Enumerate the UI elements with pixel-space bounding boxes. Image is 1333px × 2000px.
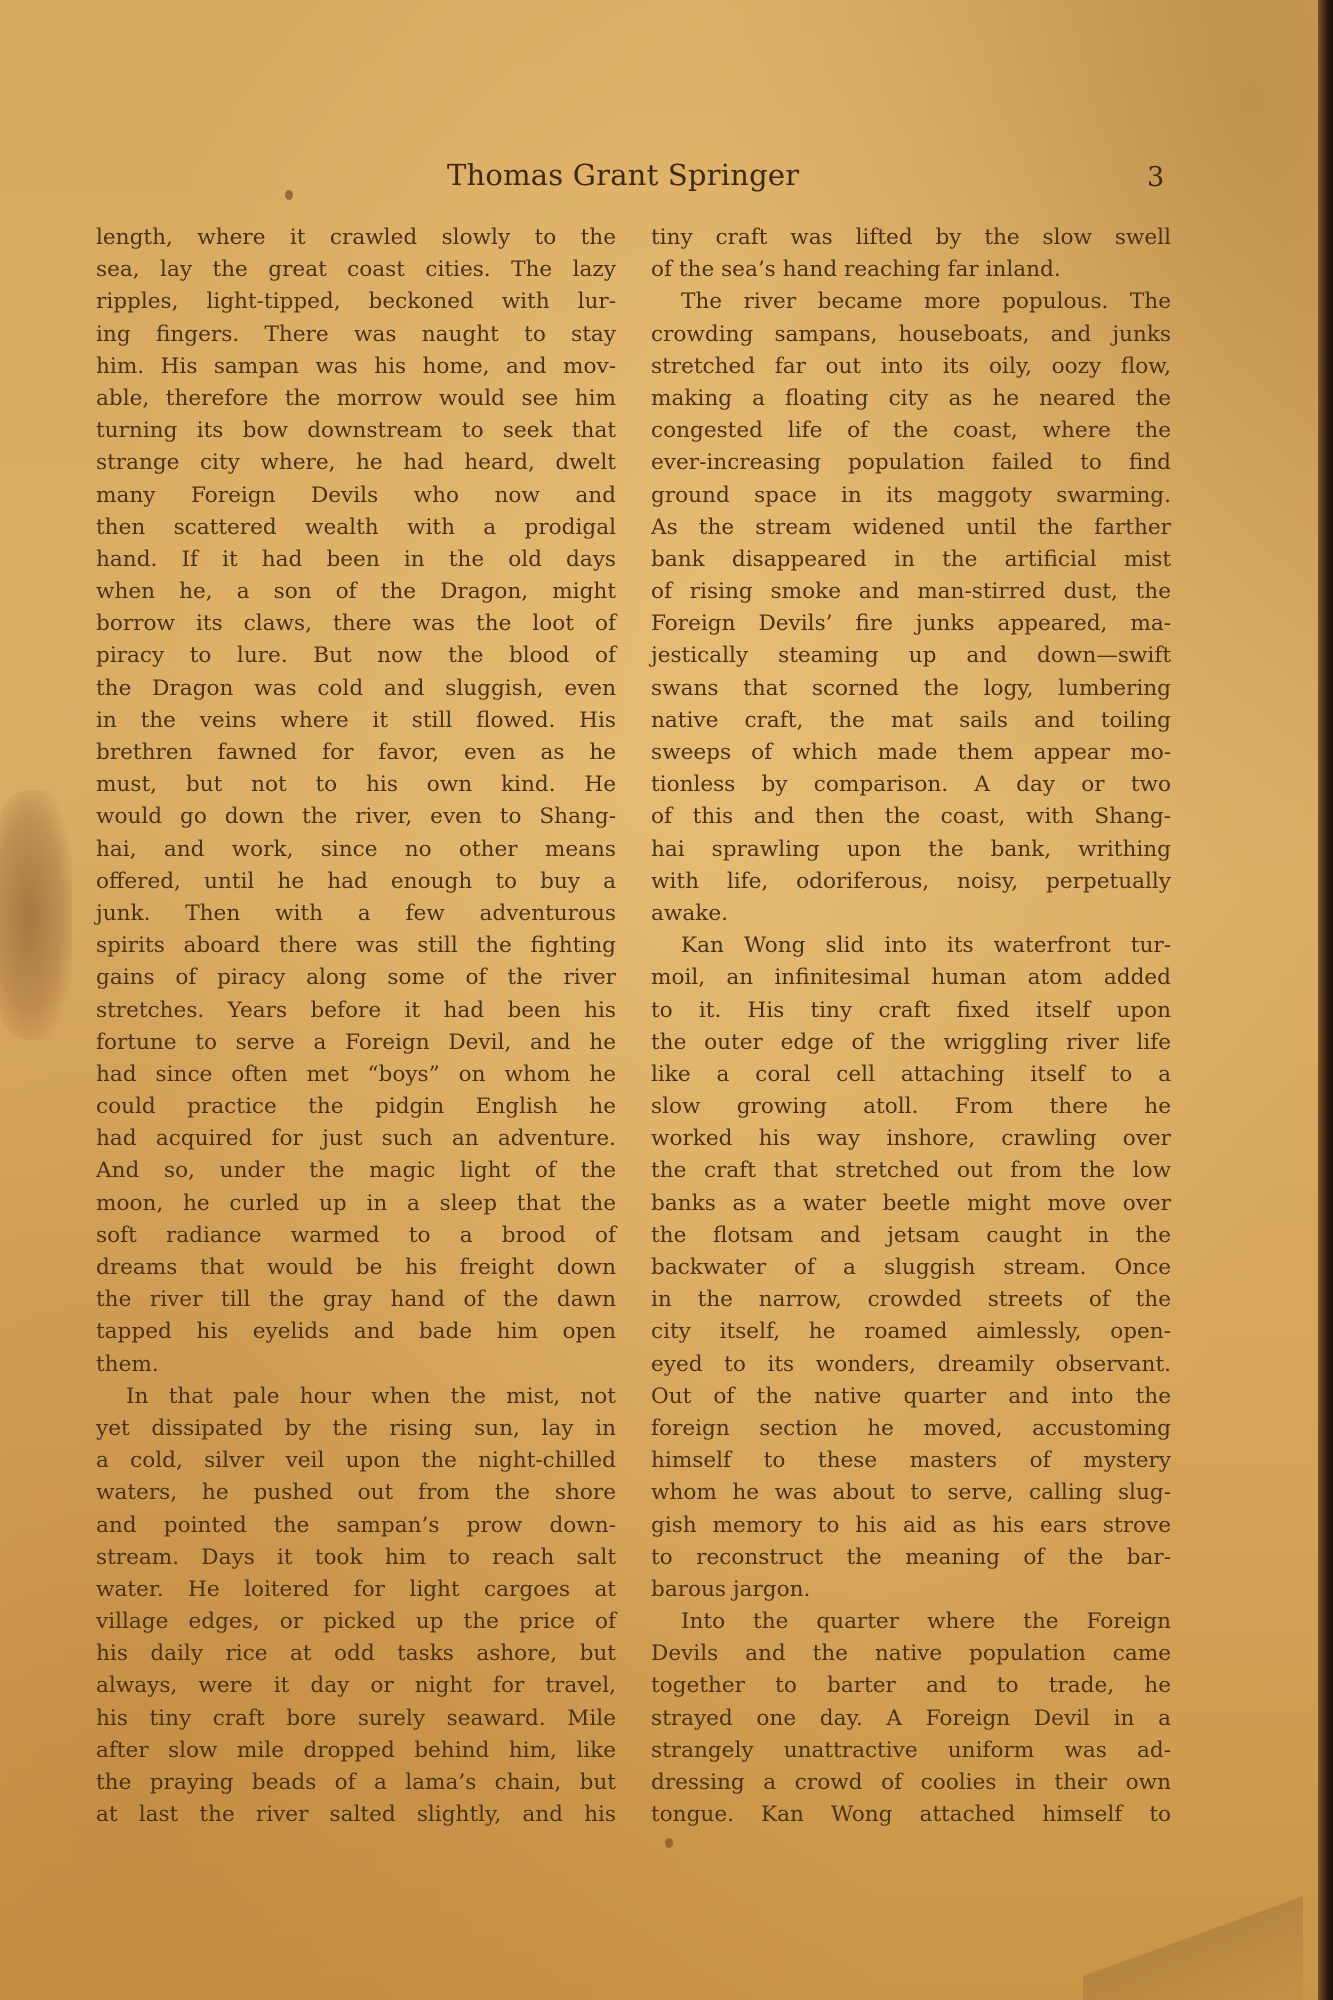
text-line: congested life of the coast, where the bbox=[651, 415, 1171, 447]
text-line: his tiny craft bore surely seaward. Mile bbox=[96, 1703, 616, 1735]
text-line: piracy to lure. But now the blood of bbox=[96, 640, 616, 672]
text-line: ripples, light-tipped, beckoned with lur… bbox=[96, 286, 616, 318]
text-line: crowding sampans, houseboats, and junks bbox=[651, 319, 1171, 351]
text-line: like a coral cell attaching itself to a bbox=[651, 1059, 1171, 1091]
text-line: worked his way inshore, crawling over bbox=[651, 1123, 1171, 1155]
text-line: And so, under the magic light of the bbox=[96, 1155, 616, 1187]
page-number: 3 bbox=[1147, 162, 1164, 193]
book-page: Thomas Grant Springer 3 length, where it… bbox=[0, 0, 1318, 2000]
text-line: offered, until he had enough to buy a bbox=[96, 866, 616, 898]
text-line: gish memory to his aid as his ears strov… bbox=[651, 1510, 1171, 1542]
text-line: The river became more populous. The bbox=[651, 286, 1171, 318]
text-line: tapped his eyelids and bade him open bbox=[96, 1316, 616, 1348]
text-line: stretched far out into its oily, oozy fl… bbox=[651, 351, 1171, 383]
text-line: had since often met “boys” on whom he bbox=[96, 1059, 616, 1091]
text-line: the praying beads of a lama’s chain, but bbox=[96, 1767, 616, 1799]
text-line: sweeps of which made them appear mo- bbox=[651, 737, 1171, 769]
text-line: them. bbox=[96, 1349, 616, 1381]
text-line: Into the quarter where the Foreign bbox=[651, 1606, 1171, 1638]
text-line: gains of piracy along some of the river bbox=[96, 962, 616, 994]
text-line: ever-increasing population failed to fin… bbox=[651, 447, 1171, 479]
text-line: the flotsam and jetsam caught in the bbox=[651, 1220, 1171, 1252]
page-fold-corner bbox=[1083, 1870, 1303, 2000]
text-line: many Foreign Devils who now and bbox=[96, 480, 616, 512]
text-line: after slow mile dropped behind him, like bbox=[96, 1735, 616, 1767]
text-line: strangely unattractive uniform was ad- bbox=[651, 1735, 1171, 1767]
text-line: a cold, silver veil upon the night-chill… bbox=[96, 1445, 616, 1477]
text-line: foreign section he moved, accustoming bbox=[651, 1413, 1171, 1445]
text-line: In that pale hour when the mist, not bbox=[96, 1381, 616, 1413]
text-line: the outer edge of the wriggling river li… bbox=[651, 1027, 1171, 1059]
text-line: tongue. Kan Wong attached himself to bbox=[651, 1799, 1171, 1831]
text-line: borrow its claws, there was the loot of bbox=[96, 608, 616, 640]
text-line: him. His sampan was his home, and mov- bbox=[96, 351, 616, 383]
text-line: whom he was about to serve, calling slug… bbox=[651, 1477, 1171, 1509]
text-line: fortune to serve a Foreign Devil, and he bbox=[96, 1027, 616, 1059]
text-line: Kan Wong slid into its waterfront tur- bbox=[651, 930, 1171, 962]
text-line: slow growing atoll. From there he bbox=[651, 1091, 1171, 1123]
text-line: ground space in its maggoty swarming. bbox=[651, 480, 1171, 512]
text-line: strayed one day. A Foreign Devil in a bbox=[651, 1703, 1171, 1735]
text-column-right: tiny craft was lifted by the slow swello… bbox=[651, 222, 1171, 1831]
text-line: banks as a water beetle might move over bbox=[651, 1188, 1171, 1220]
text-line: city itself, he roamed aimlessly, open- bbox=[651, 1316, 1171, 1348]
text-line: Out of the native quarter and into the bbox=[651, 1381, 1171, 1413]
text-line: backwater of a sluggish stream. Once bbox=[651, 1252, 1171, 1284]
text-line: moon, he curled up in a sleep that the bbox=[96, 1188, 616, 1220]
text-line: would go down the river, even to Shang- bbox=[96, 801, 616, 833]
text-line: of the sea’s hand reaching far inland. bbox=[651, 254, 1171, 286]
text-line: able, therefore the morrow would see him bbox=[96, 383, 616, 415]
text-line: As the stream widened until the farther bbox=[651, 512, 1171, 544]
text-line: and pointed the sampan’s prow down- bbox=[96, 1510, 616, 1542]
running-head: Thomas Grant Springer bbox=[447, 158, 799, 192]
text-line: jestically steaming up and down—swift bbox=[651, 640, 1171, 672]
text-line: the river till the gray hand of the dawn bbox=[96, 1284, 616, 1316]
text-line: yet dissipated by the rising sun, lay in bbox=[96, 1413, 616, 1445]
text-line: brethren fawned for favor, even as he bbox=[96, 737, 616, 769]
text-line: himself to these masters of mystery bbox=[651, 1445, 1171, 1477]
text-line: moil, an infinitesimal human atom added bbox=[651, 962, 1171, 994]
text-line: hand. If it had been in the old days bbox=[96, 544, 616, 576]
text-line: water. He loitered for light cargoes at bbox=[96, 1574, 616, 1606]
text-line: dressing a crowd of coolies in their own bbox=[651, 1767, 1171, 1799]
text-line: then scattered wealth with a prodigal bbox=[96, 512, 616, 544]
text-line: the Dragon was cold and sluggish, even bbox=[96, 673, 616, 705]
text-line: barous jargon. bbox=[651, 1574, 1171, 1606]
text-line: Devils and the native population came bbox=[651, 1638, 1171, 1670]
text-line: of this and then the coast, with Shang- bbox=[651, 801, 1171, 833]
page-stain bbox=[0, 790, 72, 1040]
text-line: Foreign Devils’ fire junks appeared, ma- bbox=[651, 608, 1171, 640]
text-line: the craft that stretched out from the lo… bbox=[651, 1155, 1171, 1187]
text-line: soft radiance warmed to a brood of bbox=[96, 1220, 616, 1252]
ink-speck bbox=[665, 1838, 673, 1848]
text-line: awake. bbox=[651, 898, 1171, 930]
text-line: of rising smoke and man-stirred dust, th… bbox=[651, 576, 1171, 608]
page-header: Thomas Grant Springer 3 bbox=[0, 158, 1318, 198]
text-line: strange city where, he had heard, dwelt bbox=[96, 447, 616, 479]
text-line: tionless by comparison. A day or two bbox=[651, 769, 1171, 801]
text-line: native craft, the mat sails and toiling bbox=[651, 705, 1171, 737]
text-line: at last the river salted slightly, and h… bbox=[96, 1799, 616, 1831]
text-line: tiny craft was lifted by the slow swell bbox=[651, 222, 1171, 254]
text-line: in the veins where it still flowed. His bbox=[96, 705, 616, 737]
text-line: hai sprawling upon the bank, writhing bbox=[651, 834, 1171, 866]
text-line: stream. Days it took him to reach salt bbox=[96, 1542, 616, 1574]
text-line: ing fingers. There was naught to stay bbox=[96, 319, 616, 351]
text-line: eyed to its wonders, dreamily observant. bbox=[651, 1349, 1171, 1381]
text-line: length, where it crawled slowly to the bbox=[96, 222, 616, 254]
text-line: stretches. Years before it had been his bbox=[96, 995, 616, 1027]
text-line: hai, and work, since no other means bbox=[96, 834, 616, 866]
text-line: spirits aboard there was still the fight… bbox=[96, 930, 616, 962]
text-line: had acquired for just such an adventure. bbox=[96, 1123, 616, 1155]
text-line: with life, odoriferous, noisy, perpetual… bbox=[651, 866, 1171, 898]
text-line: to reconstruct the meaning of the bar- bbox=[651, 1542, 1171, 1574]
text-line: must, but not to his own kind. He bbox=[96, 769, 616, 801]
text-line: waters, he pushed out from the shore bbox=[96, 1477, 616, 1509]
text-line: always, were it day or night for travel, bbox=[96, 1670, 616, 1702]
text-line: making a floating city as he neared the bbox=[651, 383, 1171, 415]
text-line: to it. His tiny craft fixed itself upon bbox=[651, 995, 1171, 1027]
text-line: turning its bow downstream to seek that bbox=[96, 415, 616, 447]
text-line: swans that scorned the logy, lumbering bbox=[651, 673, 1171, 705]
text-line: sea, lay the great coast cities. The laz… bbox=[96, 254, 616, 286]
text-line: dreams that would be his freight down bbox=[96, 1252, 616, 1284]
text-line: in the narrow, crowded streets of the bbox=[651, 1284, 1171, 1316]
text-column-left: length, where it crawled slowly to these… bbox=[96, 222, 616, 1831]
text-line: when he, a son of the Dragon, might bbox=[96, 576, 616, 608]
text-line: junk. Then with a few adventurous bbox=[96, 898, 616, 930]
text-line: together to barter and to trade, he bbox=[651, 1670, 1171, 1702]
text-line: could practice the pidgin English he bbox=[96, 1091, 616, 1123]
text-line: bank disappeared in the artificial mist bbox=[651, 544, 1171, 576]
book-edge bbox=[1318, 0, 1333, 2000]
text-line: his daily rice at odd tasks ashore, but bbox=[96, 1638, 616, 1670]
text-line: village edges, or picked up the price of bbox=[96, 1606, 616, 1638]
